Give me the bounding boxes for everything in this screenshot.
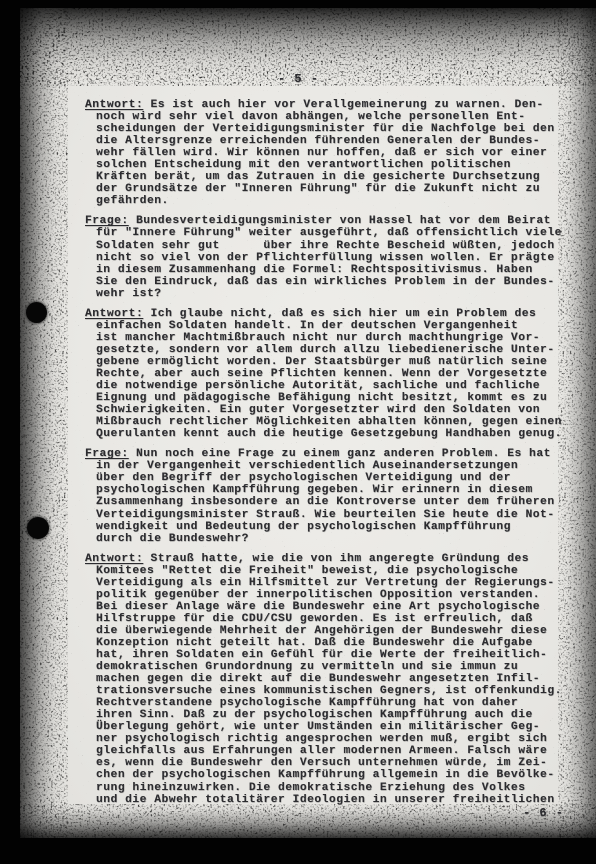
scan-shadow-left	[20, 8, 66, 838]
paragraph-line: gebene ermöglicht worden. Der Staatsbürg…	[85, 356, 585, 368]
paragraph-line: Konzeption nicht geteilt hat. Daß die Bu…	[85, 637, 585, 649]
paragraph-line: ist mancher Machtmißbrauch nicht nur dur…	[85, 332, 585, 344]
scan-shadow-bottom	[20, 804, 596, 838]
speaker-label: Antwort:	[85, 308, 143, 320]
paragraph-line: rung hineinzuwirken. Die demokratische E…	[85, 782, 585, 794]
paragraph-line: Sie den Eindruck, daß das ein wirkliches…	[85, 276, 585, 288]
paragraph-line: Soldaten sehr gut über ihre Rechte Besch…	[85, 240, 585, 252]
paragraph-1: Antwort: Es ist auch hier vor Verallgeme…	[85, 99, 585, 207]
paragraph-4: Frage: Nun noch eine Frage zu einem ganz…	[85, 448, 585, 544]
paragraph-line: Rechtverstandene psychologische Kampffüh…	[85, 697, 585, 709]
paragraph-line: Überlegung gehört, wie unter Umständen e…	[85, 721, 585, 733]
paragraph-line: wendigkeit und Bedeutung der psychologis…	[85, 521, 585, 533]
paragraph-line: und die Abwehr totalitärer Ideologien in…	[85, 794, 585, 806]
paragraph-line: chen der psychologischen Kampfführung al…	[85, 769, 585, 781]
paragraph-line: solchen Entscheidung mit den verantwortl…	[85, 159, 585, 171]
paragraph-line: Hilfstruppe für die CDU/CSU geworden. Es…	[85, 613, 585, 625]
paragraph-line: demokratischen Grundordnung zu vermittel…	[85, 661, 585, 673]
paragraph-line: wehr ist?	[85, 288, 585, 300]
scan-shadow-top	[20, 8, 596, 80]
paragraph-line: scheidungen der Verteidigungsminister fü…	[85, 123, 585, 135]
paragraph-line: nicht so viel von der Pflichterfüllung w…	[85, 252, 585, 264]
paragraph-line: ner psychologisch richtig angesprochen w…	[85, 733, 585, 745]
paragraph-line: durch die Bundeswehr?	[85, 533, 585, 545]
paragraph-line: gleichfalls aus Erfahrungen aller modern…	[85, 745, 585, 757]
paragraph-line: politik gegenüber der innerpolitischen O…	[85, 589, 585, 601]
punch-hole-top	[26, 302, 47, 323]
paragraph-line: Bei dieser Anlage wäre die Bundeswehr ei…	[85, 601, 585, 613]
page-number-top: - 5 -	[278, 72, 319, 86]
paragraph-line: Mißbrauch rechtlicher Möglichkeiten abha…	[85, 416, 585, 428]
speaker-label: Frage:	[85, 448, 129, 460]
paragraph-line: der Grundsätze der "Inneren Führung" für…	[85, 183, 585, 195]
paragraph-line: Verteidigungsminister Strauß. Wie beurte…	[85, 509, 585, 521]
paragraph-line: gesetzte, sondern vor allem durch allzu …	[85, 344, 585, 356]
paragraph-line: die Altersgrenze erreichenden führenden …	[85, 135, 585, 147]
paragraph-line: gefährden.	[85, 195, 585, 207]
paragraph-line: ihren Sinn. Daß zu der psychologischen K…	[85, 709, 585, 721]
paragraph-line: Zusammenhang insbesondere an die Kontrov…	[85, 496, 585, 508]
paragraph-first-line: Frage: Nun noch eine Frage zu einem ganz…	[85, 448, 585, 460]
paragraph-5: Antwort: Strauß hatte, wie die von ihm a…	[85, 553, 585, 806]
paragraph-line: die überwiegende Mehrheit der Angehörige…	[85, 625, 585, 637]
paragraph-first-line: Antwort: Ich glaube nicht, daß es sich h…	[85, 308, 585, 320]
paragraph-line: psychologischen Kampfführung gegeben. Wi…	[85, 484, 585, 496]
paragraph-line: Eignung und pädagogische Befähigung nich…	[85, 392, 585, 404]
paragraph-line: Querulanten kennt auch die heutige Geset…	[85, 428, 585, 440]
paragraph-first-line: Antwort: Strauß hatte, wie die von ihm a…	[85, 553, 585, 565]
paragraph-line: Komitees "Rettet die Freiheit" beweist, …	[85, 565, 585, 577]
paragraph-line: die notwendige persönliche Autorität, sa…	[85, 380, 585, 392]
speaker-label: Antwort:	[85, 99, 143, 111]
page-number-bottom: - 6 -	[523, 806, 564, 820]
punch-hole-bottom	[27, 517, 49, 539]
paragraph-line: wehr fällen wird. Wir können nur hoffen,…	[85, 147, 585, 159]
paragraph-line: trationsversuche eines kommunistischen G…	[85, 685, 585, 697]
paragraph-line: über den Begriff der psychologischen Ver…	[85, 472, 585, 484]
paragraph-2: Frage: Bundesverteidigungsminister von H…	[85, 215, 585, 299]
paragraph-first-line: Antwort: Es ist auch hier vor Verallgeme…	[85, 99, 585, 111]
paragraph-3: Antwort: Ich glaube nicht, daß es sich h…	[85, 308, 585, 441]
paragraph-line: es, wenn die Bundeswehr den Versuch unte…	[85, 757, 585, 769]
paragraph-line: einfachen Soldaten handelt. In der deuts…	[85, 320, 585, 332]
paragraph-line: Rechte, aber auch seine Pflichten kennen…	[85, 368, 585, 380]
paragraph-line: Kräften berät, um das Zutrauen in die ge…	[85, 171, 585, 183]
paragraph-first-line: Frage: Bundesverteidigungsminister von H…	[85, 215, 585, 227]
paragraph-line: Verteidigung als ein Hilfsmittel zur Ver…	[85, 577, 585, 589]
paragraph-line: noch wird sehr viel davon abhängen, welc…	[85, 111, 585, 123]
speaker-label: Antwort:	[85, 553, 143, 565]
scanned-document: - 5 - - 6 - Antwort: Es ist auch hier vo…	[0, 0, 596, 864]
paragraph-line: Schwierigkeiten. Ein guter Vorgesetzter …	[85, 404, 585, 416]
document-body: Antwort: Es ist auch hier vor Verallgeme…	[85, 99, 585, 806]
paragraph-line: für "Innere Führung" weiter ausgeführt, …	[85, 227, 585, 239]
paragraph-line: hat, ihren Soldaten ein Gefühl für die W…	[85, 649, 585, 661]
paragraph-line: in der Vergangenheit verschiedentlich Au…	[85, 460, 585, 472]
paragraph-line: in diesem Zusammenhang die Formel: Recht…	[85, 264, 585, 276]
speaker-label: Frage:	[85, 215, 129, 227]
paragraph-line: machen gegen die direkt auf die Bundeswe…	[85, 673, 585, 685]
document-page: - 5 - - 6 - Antwort: Es ist auch hier vo…	[20, 8, 596, 838]
